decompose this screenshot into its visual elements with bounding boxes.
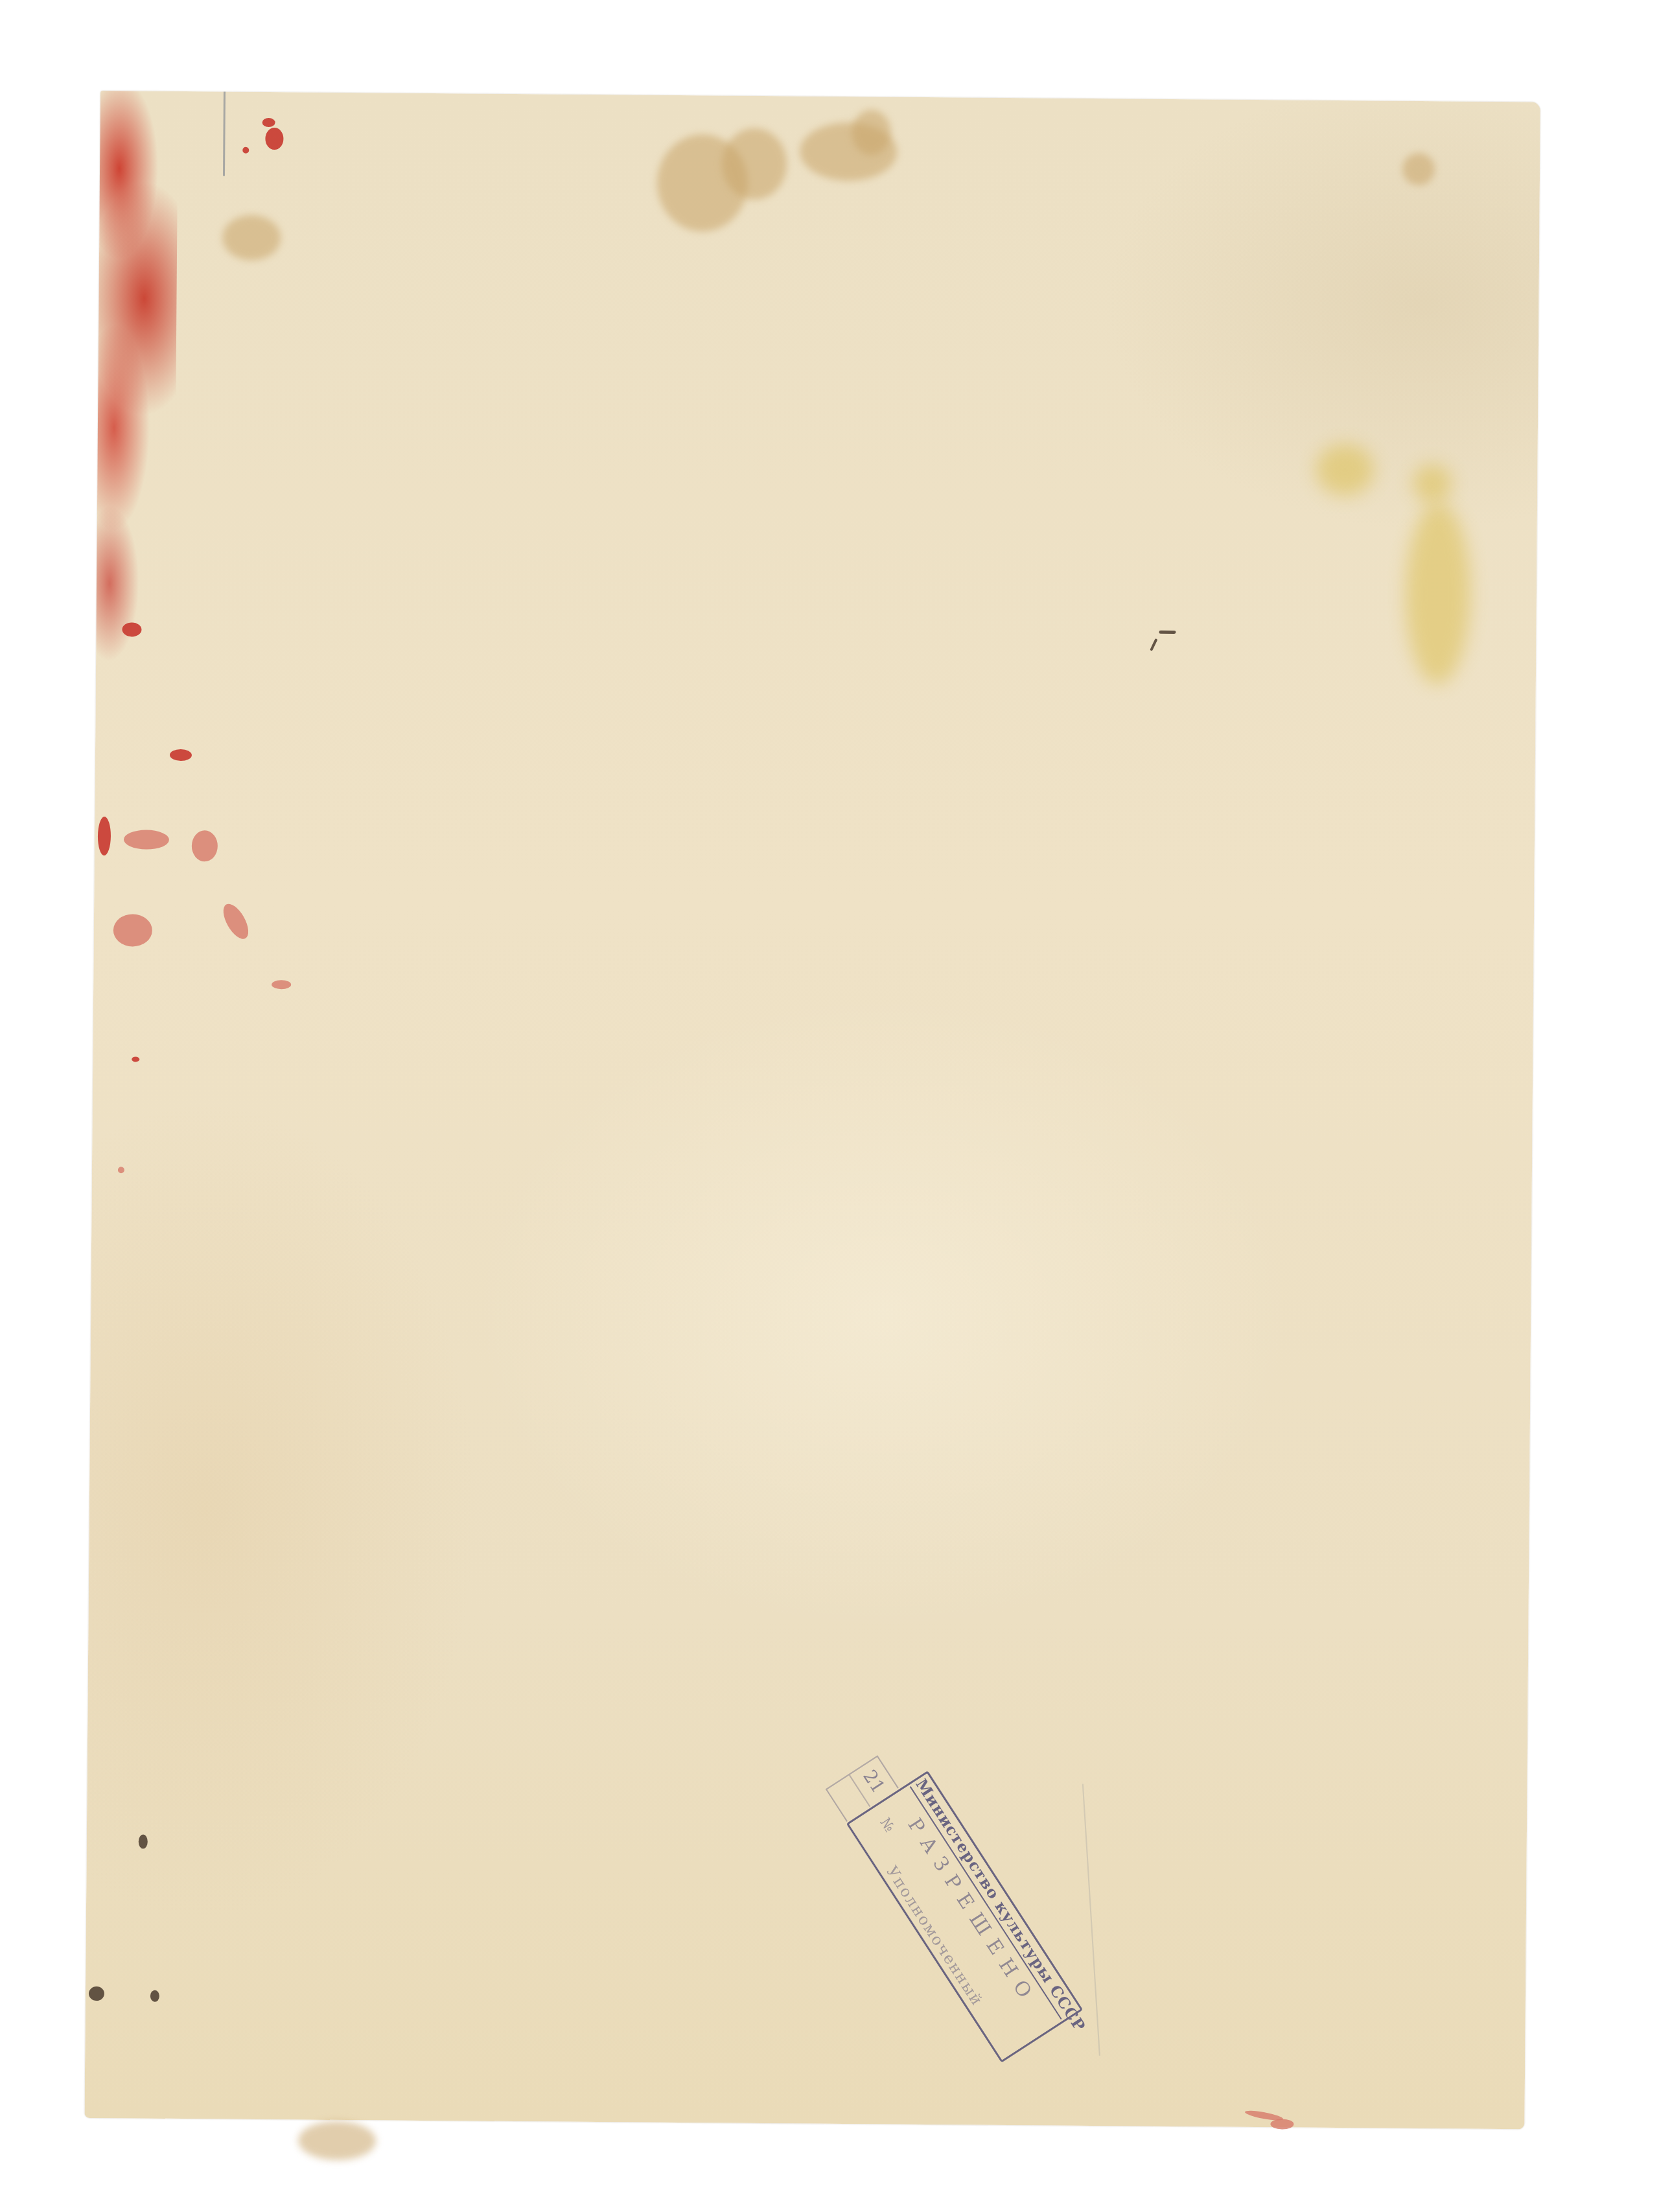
- dark-mark: [150, 1990, 159, 2002]
- dark-mark: [139, 1835, 148, 1849]
- crease-line: [1082, 1784, 1100, 2055]
- red-paint-drop: [1270, 2119, 1294, 2129]
- dark-mark: [1159, 631, 1176, 634]
- ochre-stain: [1402, 153, 1435, 185]
- red-paint-drop: [265, 128, 283, 150]
- stamp-box-number: 21: [859, 1766, 889, 1797]
- red-paint-drop: [242, 147, 249, 154]
- ochre-stain: [298, 2121, 376, 2160]
- pencil-mark: [223, 91, 226, 176]
- red-paint-drop: [218, 900, 253, 943]
- red-paint-drop: [170, 749, 192, 761]
- red-paint-drop: [192, 830, 218, 861]
- ochre-stain: [656, 134, 748, 232]
- ochre-stain: [852, 110, 891, 155]
- red-paint-splatter-edge: [96, 91, 178, 707]
- yellow-stain: [1413, 464, 1452, 503]
- yellow-stain: [1405, 503, 1471, 685]
- red-paint-drop: [272, 980, 291, 989]
- ochre-stain: [800, 122, 898, 181]
- red-paint-drop: [262, 118, 275, 127]
- red-paint-drop: [98, 817, 111, 856]
- ochre-stain: [222, 215, 281, 261]
- yellow-stain: [1316, 444, 1375, 496]
- ochre-stain: [722, 128, 787, 200]
- dark-mark: [89, 1986, 104, 2001]
- red-paint-drop: [1244, 2109, 1284, 2123]
- red-paint-drop: [132, 1056, 139, 1062]
- red-paint-drop: [124, 830, 169, 850]
- dark-mark: [1150, 638, 1157, 651]
- paper-sheet: [84, 91, 1540, 2129]
- red-paint-drop: [118, 1167, 124, 1173]
- red-paint-drop: [113, 914, 152, 946]
